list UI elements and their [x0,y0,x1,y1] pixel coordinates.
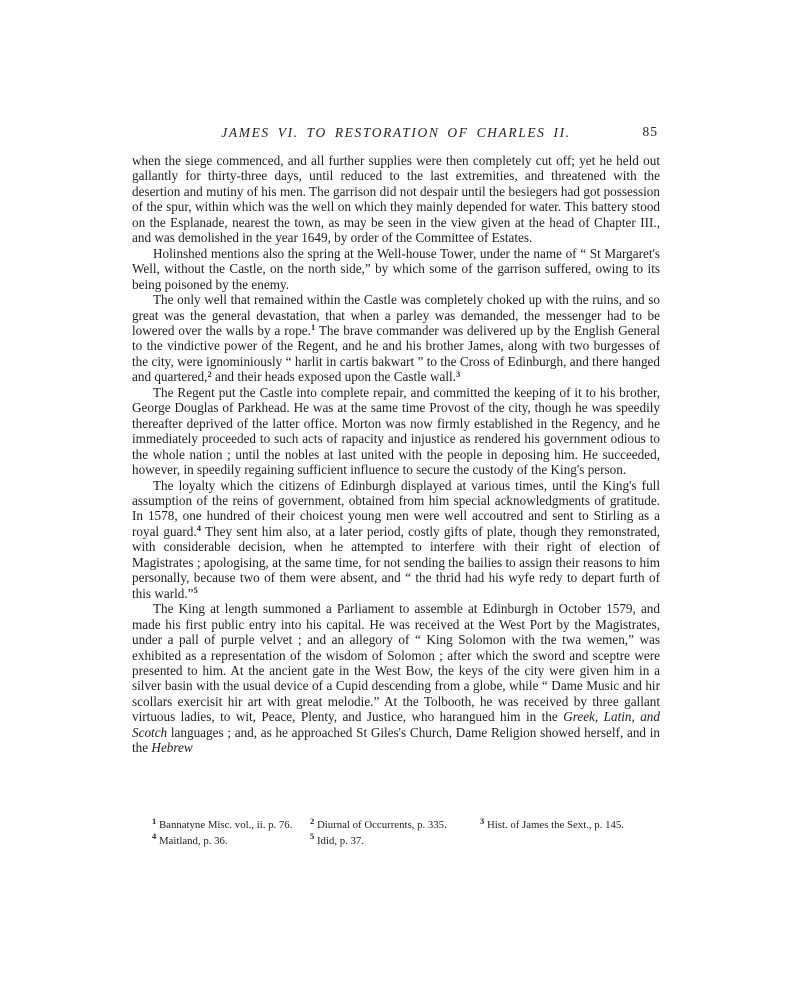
footnote: 1 Bannatyne Misc. vol., ii. p. 76. [132,818,310,834]
footnote-marker: 5 [310,831,314,841]
book-page: JAMES VI. TO RESTORATION OF CHARLES II. … [0,0,790,1000]
footnote: 2 Diurnal of Occurrents, p. 335. [310,818,480,834]
footnote: 5 Idid, p. 37. [310,834,480,850]
paragraph: The loyalty which the citizens of Edinbu… [132,478,660,602]
footnote: 3 Hist. of James the Sext., p. 145. [480,818,660,834]
running-head: JAMES VI. TO RESTORATION OF CHARLES II. … [132,124,660,144]
footnote-marker: 2 [207,369,211,379]
footnote-marker: 1 [311,322,315,332]
footnote-row: 4 Maitland, p. 36.5 Idid, p. 37. [132,834,660,850]
footnote-marker: 2 [310,816,314,826]
paragraph: The King at length summoned a Parliament… [132,601,660,756]
paragraph: when the siege commenced, and all furthe… [132,153,660,246]
footnote-marker: 4 [152,831,156,841]
running-head-title: JAMES VI. TO RESTORATION OF CHARLES II. [221,125,570,140]
page-number: 85 [643,124,659,140]
footnote-marker: 1 [152,816,156,826]
footnote: 4 Maitland, p. 36. [132,834,310,850]
paragraph: The only well that remained within the C… [132,292,660,385]
footnote-marker: 3 [480,816,484,826]
italic-phrase: Greek, Latin, and Scotch [132,709,660,739]
footnote-marker: 4 [197,523,201,533]
footnote-marker: 3 [456,369,460,379]
paragraph: Holinshed mentions also the spring at th… [132,246,660,292]
italic-phrase: Hebrew [151,740,192,755]
footnote-row: 1 Bannatyne Misc. vol., ii. p. 76.2 Diur… [132,818,660,834]
footnotes: 1 Bannatyne Misc. vol., ii. p. 76.2 Diur… [132,818,660,849]
body-text: when the siege commenced, and all furthe… [132,153,660,756]
paragraph: The Regent put the Castle into complete … [132,385,660,478]
footnote-marker: 5 [194,585,198,595]
